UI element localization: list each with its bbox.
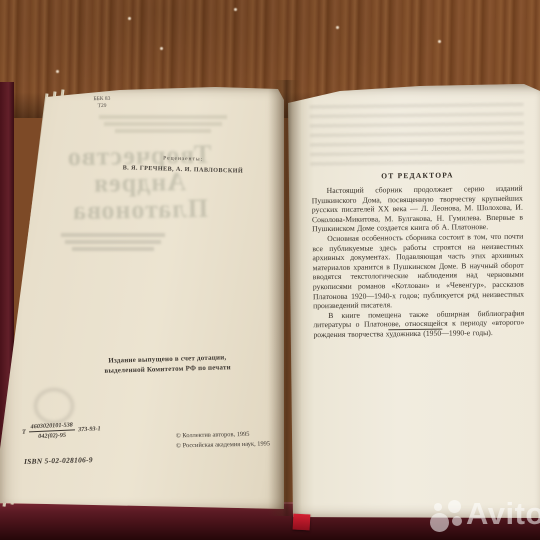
wood-speck xyxy=(56,70,59,73)
left-page: ББК 83 Т29 Творчество Андрея Платонова Р… xyxy=(0,84,284,512)
book-gutter-shadow xyxy=(268,80,302,516)
book-photo: ББК 83 Т29 Творчество Андрея Платонова Р… xyxy=(0,0,540,540)
avito-logo-dot xyxy=(452,516,462,526)
avito-logo-dot xyxy=(448,500,461,513)
right-page-shading xyxy=(284,82,540,518)
wood-speck xyxy=(128,17,131,20)
avito-watermark: Avito xyxy=(428,496,540,540)
wood-speck xyxy=(438,40,441,43)
wood-speck xyxy=(234,8,237,11)
bookmark-ribbon xyxy=(293,514,311,531)
wood-speck xyxy=(160,47,163,50)
avito-logo-dot xyxy=(430,513,449,532)
avito-logo-dot xyxy=(434,503,442,511)
avito-brand-text: Avito xyxy=(466,496,540,532)
right-page: ОТ РЕДАКТОРА Настоящий сборник продолжае… xyxy=(284,82,540,518)
left-page-shading xyxy=(0,84,284,512)
wood-speck xyxy=(336,26,339,29)
